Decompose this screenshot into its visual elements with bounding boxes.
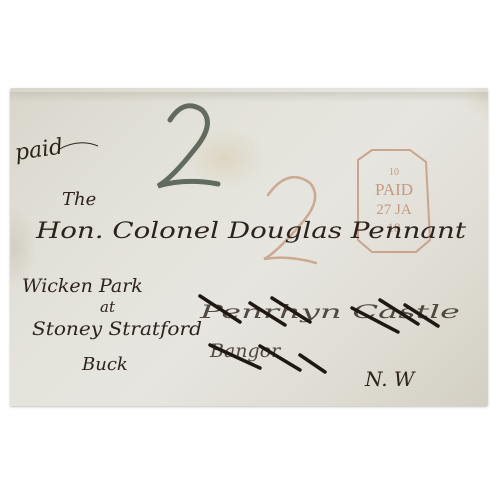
svg-text:The: The: [62, 189, 96, 210]
handwriting-layer: paid 10 PAID 27 JA 18 The Hon. Colonel D…: [0, 0, 500, 500]
svg-text:PAID: PAID: [375, 180, 413, 199]
svg-text:Stoney Stratford: Stoney Stratford: [32, 318, 202, 340]
svg-text:Hon. Colonel Douglas Pennant: Hon. Colonel Douglas Pennant: [35, 219, 466, 244]
address-block-left: Wicken Park at Stoney Stratford Buck: [22, 275, 202, 375]
rate-marking-large: [158, 106, 218, 186]
svg-text:27 JA: 27 JA: [376, 202, 412, 218]
annotation-paid: paid: [13, 134, 98, 165]
svg-text:Wicken Park: Wicken Park: [22, 275, 143, 297]
svg-text:Buck: Buck: [81, 354, 128, 375]
svg-text:paid: paid: [13, 134, 64, 165]
address-suffix: N. W: [364, 367, 416, 391]
address-salutation: The: [62, 189, 96, 210]
svg-text:N. W: N. W: [364, 367, 416, 391]
svg-text:at: at: [100, 298, 116, 316]
svg-text:10: 10: [389, 167, 399, 178]
address-struck-out: Penrhyn Castle Bangor: [198, 296, 460, 372]
address-name: Hon. Colonel Douglas Pennant: [35, 219, 466, 244]
